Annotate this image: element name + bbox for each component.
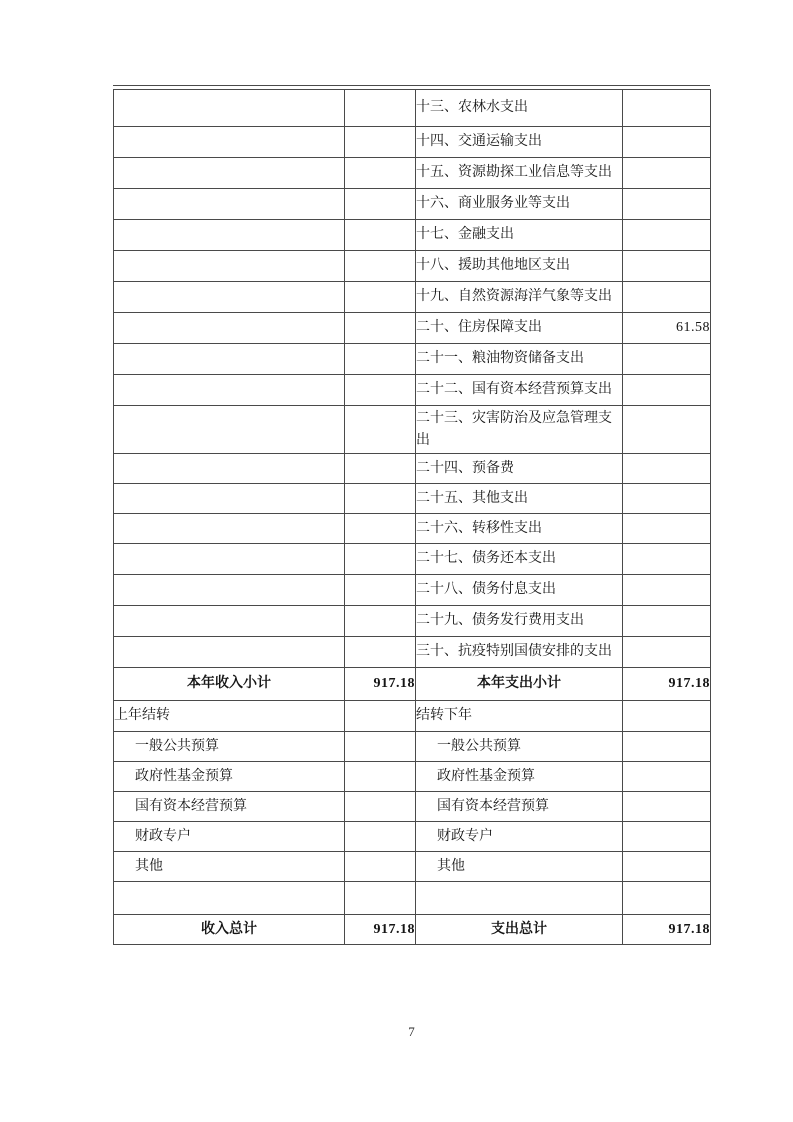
income-amount-cell [345, 882, 416, 915]
table-row: 二十三、灾害防治及应急管理支出 [114, 406, 711, 454]
table-row [114, 882, 711, 915]
expense-item-cell: 十七、金融支出 [416, 220, 623, 251]
expense-item-cell: 二十七、债务还本支出 [416, 544, 623, 575]
expense-item-cell: 结转下年 [416, 701, 623, 732]
income-amount-cell [345, 514, 416, 544]
income-item-cell [114, 544, 345, 575]
table-row: 二十六、转移性支出 [114, 514, 711, 544]
expense-amount-cell [623, 189, 711, 220]
income-amount-cell [345, 701, 416, 732]
table-row: 十九、自然资源海洋气象等支出 [114, 282, 711, 313]
income-item-cell: 财政专户 [114, 822, 345, 852]
income-item-cell [114, 90, 345, 127]
table-row: 二十一、粮油物资储备支出 [114, 344, 711, 375]
table-row: 政府性基金预算政府性基金预算 [114, 762, 711, 792]
income-item-cell [114, 344, 345, 375]
expense-item-cell: 十四、交通运输支出 [416, 127, 623, 158]
expense-amount-cell [623, 375, 711, 406]
expense-amount-cell [623, 454, 711, 484]
income-item-cell [114, 454, 345, 484]
expense-item-cell: 其他 [416, 852, 623, 882]
table-row: 十八、援助其他地区支出 [114, 251, 711, 282]
income-amount-cell [345, 220, 416, 251]
income-item-cell: 政府性基金预算 [114, 762, 345, 792]
expense-item-cell: 国有资本经营预算 [416, 792, 623, 822]
table-row: 十四、交通运输支出 [114, 127, 711, 158]
income-item-cell [114, 882, 345, 915]
income-item-cell [114, 189, 345, 220]
budget-balance-table: 十三、农林水支出十四、交通运输支出十五、资源勘探工业信息等支出十六、商业服务业等… [113, 89, 711, 945]
expense-amount-cell [623, 406, 711, 454]
expense-item-cell: 二十一、粮油物资储备支出 [416, 344, 623, 375]
expense-item-cell: 支出总计 [416, 915, 623, 945]
table-row: 十六、商业服务业等支出 [114, 189, 711, 220]
income-item-cell [114, 313, 345, 344]
table-row: 二十四、预备费 [114, 454, 711, 484]
table-row: 十五、资源勘探工业信息等支出 [114, 158, 711, 189]
expense-item-cell: 二十八、债务付息支出 [416, 575, 623, 606]
table-continuation-rule [113, 85, 710, 86]
expense-amount-cell: 917.18 [623, 668, 711, 701]
expense-item-cell: 财政专户 [416, 822, 623, 852]
expense-amount-cell [623, 575, 711, 606]
income-item-cell: 收入总计 [114, 915, 345, 945]
table-row: 财政专户财政专户 [114, 822, 711, 852]
expense-amount-cell [623, 792, 711, 822]
table-row: 上年结转结转下年 [114, 701, 711, 732]
expense-amount-cell [623, 484, 711, 514]
expense-item-cell: 十九、自然资源海洋气象等支出 [416, 282, 623, 313]
table-row: 二十八、债务付息支出 [114, 575, 711, 606]
expense-item-cell: 一般公共预算 [416, 732, 623, 762]
expense-amount-cell [623, 344, 711, 375]
expense-amount-cell [623, 822, 711, 852]
income-amount-cell [345, 762, 416, 792]
expense-amount-cell [623, 606, 711, 637]
income-amount-cell [345, 251, 416, 282]
income-amount-cell [345, 127, 416, 158]
income-amount-cell [345, 792, 416, 822]
income-item-cell [114, 127, 345, 158]
income-item-cell: 其他 [114, 852, 345, 882]
expense-item-cell: 二十三、灾害防治及应急管理支出 [416, 406, 623, 454]
income-item-cell [114, 637, 345, 668]
income-amount-cell [345, 544, 416, 575]
income-amount-cell [345, 484, 416, 514]
expense-item-cell: 政府性基金预算 [416, 762, 623, 792]
table-row: 收入总计917.18支出总计917.18 [114, 915, 711, 945]
income-item-cell: 上年结转 [114, 701, 345, 732]
expense-item-cell: 本年支出小计 [416, 668, 623, 701]
expense-item-cell: 二十二、国有资本经营预算支出 [416, 375, 623, 406]
document-page: 十三、农林水支出十四、交通运输支出十五、资源勘探工业信息等支出十六、商业服务业等… [0, 0, 793, 1122]
expense-amount-cell: 61.58 [623, 313, 711, 344]
income-amount-cell [345, 454, 416, 484]
income-amount-cell [345, 344, 416, 375]
income-item-cell [114, 158, 345, 189]
income-amount-cell [345, 606, 416, 637]
income-item-cell [114, 282, 345, 313]
table-row: 其他其他 [114, 852, 711, 882]
expense-item-cell: 二十九、债务发行费用支出 [416, 606, 623, 637]
table-row: 十七、金融支出 [114, 220, 711, 251]
table-body: 十三、农林水支出十四、交通运输支出十五、资源勘探工业信息等支出十六、商业服务业等… [114, 90, 711, 945]
expense-item-cell: 二十五、其他支出 [416, 484, 623, 514]
income-amount-cell [345, 375, 416, 406]
income-item-cell [114, 251, 345, 282]
table-row: 国有资本经营预算国有资本经营预算 [114, 792, 711, 822]
expense-amount-cell [623, 852, 711, 882]
expense-amount-cell [623, 732, 711, 762]
income-amount-cell [345, 732, 416, 762]
income-item-cell: 国有资本经营预算 [114, 792, 345, 822]
income-amount-cell: 917.18 [345, 668, 416, 701]
expense-item-cell: 十五、资源勘探工业信息等支出 [416, 158, 623, 189]
income-amount-cell [345, 282, 416, 313]
expense-amount-cell [623, 90, 711, 127]
table-row: 二十二、国有资本经营预算支出 [114, 375, 711, 406]
table-row: 本年收入小计917.18本年支出小计917.18 [114, 668, 711, 701]
expense-item-cell: 十八、援助其他地区支出 [416, 251, 623, 282]
expense-item-cell: 三十、抗疫特别国债安排的支出 [416, 637, 623, 668]
income-item-cell: 本年收入小计 [114, 668, 345, 701]
table-row: 十三、农林水支出 [114, 90, 711, 127]
expense-item-cell: 二十、住房保障支出 [416, 313, 623, 344]
expense-amount-cell [623, 882, 711, 915]
expense-amount-cell [623, 637, 711, 668]
income-item-cell [114, 575, 345, 606]
income-item-cell [114, 514, 345, 544]
income-item-cell [114, 406, 345, 454]
table-row: 二十九、债务发行费用支出 [114, 606, 711, 637]
expense-amount-cell [623, 514, 711, 544]
table-row: 二十、住房保障支出61.58 [114, 313, 711, 344]
expense-item-cell [416, 882, 623, 915]
income-amount-cell [345, 189, 416, 220]
income-item-cell [114, 375, 345, 406]
expense-amount-cell [623, 762, 711, 792]
expense-amount-cell [623, 158, 711, 189]
table-row: 三十、抗疫特别国债安排的支出 [114, 637, 711, 668]
expense-item-cell: 二十四、预备费 [416, 454, 623, 484]
income-item-cell [114, 484, 345, 514]
expense-amount-cell [623, 251, 711, 282]
income-item-cell [114, 606, 345, 637]
income-item-cell: 一般公共预算 [114, 732, 345, 762]
expense-amount-cell [623, 127, 711, 158]
income-amount-cell [345, 852, 416, 882]
expense-amount-cell [623, 282, 711, 313]
income-amount-cell: 917.18 [345, 915, 416, 945]
income-amount-cell [345, 406, 416, 454]
income-amount-cell [345, 637, 416, 668]
income-amount-cell [345, 158, 416, 189]
expense-amount-cell: 917.18 [623, 915, 711, 945]
expense-item-cell: 十三、农林水支出 [416, 90, 623, 127]
expense-amount-cell [623, 220, 711, 251]
income-item-cell [114, 220, 345, 251]
income-amount-cell [345, 822, 416, 852]
expense-item-cell: 十六、商业服务业等支出 [416, 189, 623, 220]
expense-amount-cell [623, 544, 711, 575]
page-number: 7 [113, 1024, 710, 1040]
expense-amount-cell [623, 701, 711, 732]
income-amount-cell [345, 90, 416, 127]
table-row: 一般公共预算一般公共预算 [114, 732, 711, 762]
table-row: 二十七、债务还本支出 [114, 544, 711, 575]
table-row: 二十五、其他支出 [114, 484, 711, 514]
income-amount-cell [345, 575, 416, 606]
expense-item-cell: 二十六、转移性支出 [416, 514, 623, 544]
income-amount-cell [345, 313, 416, 344]
